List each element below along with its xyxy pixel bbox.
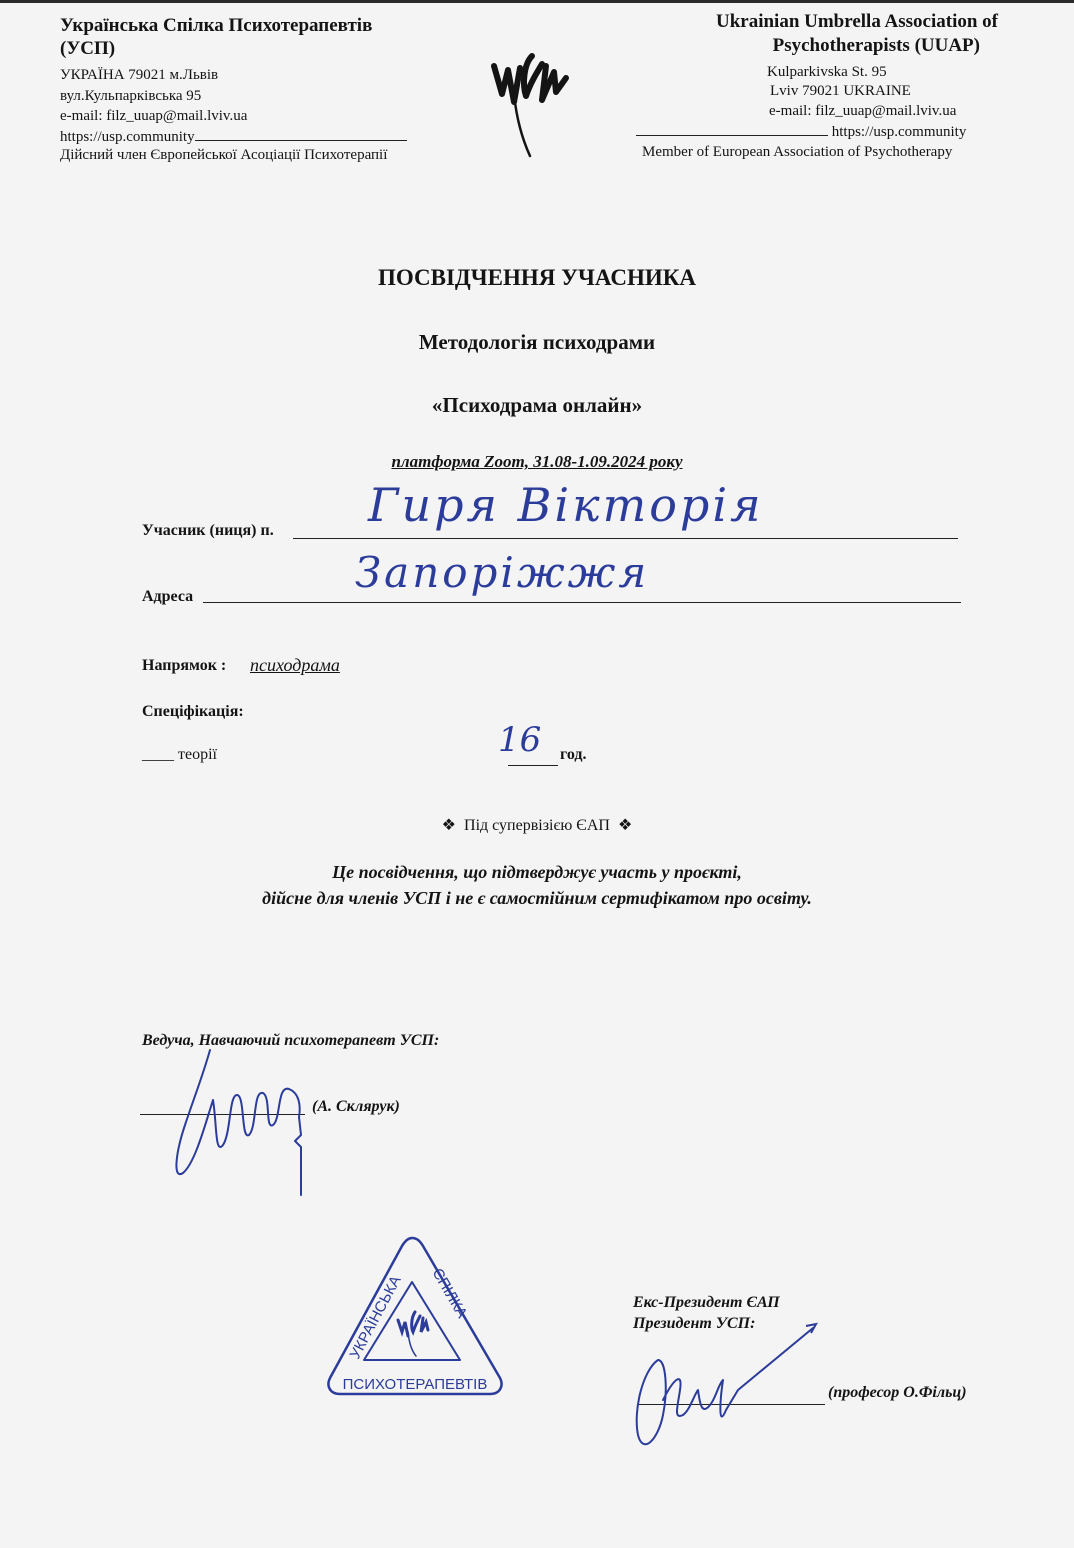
hours-label: год. (560, 746, 587, 764)
disclaimer-line-1: Це посвідчення, що підтверджує участь у … (0, 862, 1074, 883)
address-handwritten: Запоріжжя (355, 548, 649, 597)
org-name-en-2: Psychotherapists (UUAP) (773, 34, 980, 57)
ornament-icon: ❖ (618, 817, 632, 834)
stamp-text-left: УКРАЇНСЬКА (347, 1273, 405, 1362)
president-signature-icon (628, 1320, 823, 1460)
org-name-uk: Українська Спілка Психотерапевтів (УСП) (60, 14, 372, 60)
hours-handwritten: 16 (498, 720, 541, 760)
participant-label: Учасник (ниця) п. (142, 522, 274, 540)
supervision-text: Під супервізією ЄАП (464, 817, 610, 834)
email-uk: e-mail: filz_uuap@mail.lviv.ua (60, 106, 247, 126)
address-en-1: Kulparkivska St. 95 (767, 62, 887, 82)
platform-date: платформа Zoom, 31.08-1.09.2024 року (0, 452, 1074, 472)
address-line (203, 602, 961, 603)
direction-value: психодрама (250, 655, 340, 676)
direction-label: Напрямок : (142, 657, 226, 675)
ornament-icon: ❖ (442, 817, 456, 834)
theory-label: теорії (178, 746, 217, 763)
president-name: (професор О.Фільц) (828, 1384, 967, 1402)
organization-stamp: УКРАЇНСЬКА СПІЛКА ПСИХОТЕРАПЕВТІВ (320, 1232, 510, 1404)
disclaimer-line-2: дійсне для членів УСП і не є самостійним… (0, 888, 1074, 909)
stamp-text-right: СПІЛКА (429, 1266, 471, 1322)
website-en-link[interactable]: https://usp.community (832, 124, 967, 140)
usp-brush-logo-icon (484, 44, 576, 159)
divider-line (636, 121, 828, 136)
participant-line (293, 538, 958, 539)
stamp-text-bottom: ПСИХОТЕРАПЕВТІВ (343, 1376, 488, 1393)
specification-label: Спеціфікація: (142, 703, 244, 721)
leader-signature-icon (165, 1045, 315, 1200)
address-line-1: УКРАЇНА 79021 м.Львів (60, 65, 218, 85)
membership-en: Member of European Association of Psycho… (642, 142, 952, 162)
address-label: Адреса (142, 588, 193, 606)
address-en-2: Lviv 79021 UKRAINE (770, 81, 911, 101)
program-name: «Психодрама онлайн» (0, 393, 1074, 418)
org-name-en-1: Ukrainian Umbrella Association of (716, 10, 998, 33)
website-uk-row: https://usp.community (60, 126, 407, 147)
hours-line (508, 765, 558, 766)
divider-line (195, 126, 407, 141)
membership-uk: Дійсний член Європейської Асоціації Псих… (60, 145, 387, 165)
website-uk-link[interactable]: https://usp.community (60, 129, 195, 145)
top-border (0, 0, 1074, 3)
president-title-1: Екс-Президент ЄАП (633, 1294, 780, 1312)
theory-blank: ____ (142, 746, 174, 763)
document-subtitle: Методологія психодрами (0, 330, 1074, 355)
leader-name: (А. Склярук) (312, 1098, 400, 1116)
theory-row: ____ теорії (142, 746, 217, 764)
email-en: e-mail: filz_uuap@mail.lviv.ua (769, 101, 956, 121)
participant-name-handwritten: Гиря Вікторія (368, 478, 764, 532)
document-title: ПОСВІДЧЕННЯ УЧАСНИКА (0, 265, 1074, 291)
address-line-2: вул.Кульпарківська 95 (60, 86, 201, 106)
website-en-row: https://usp.community (636, 121, 966, 142)
supervision-row: ❖ Під супервізією ЄАП ❖ (0, 815, 1074, 835)
